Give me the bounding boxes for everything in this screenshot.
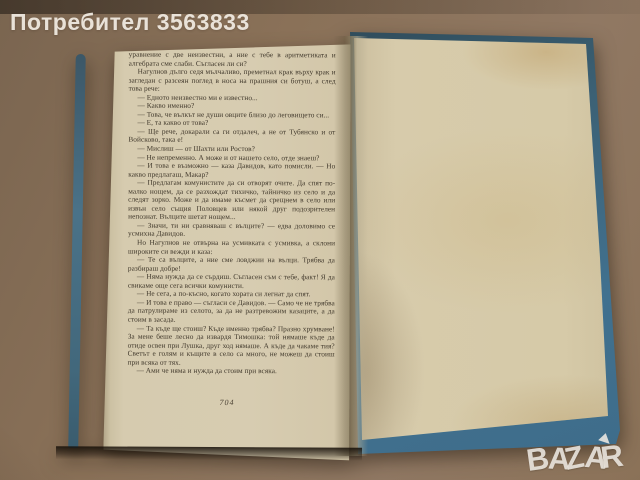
bazar-watermark: BAZAR xyxy=(527,434,640,480)
text-left-page: уравнение с две неизвестни, а ние с тебе… xyxy=(103,42,350,463)
book-paragraph: — Предлагам комунистите да си отворят оч… xyxy=(128,179,335,222)
book-paragraph: — Няма нужда да се сърдиш. Съгласен съм … xyxy=(128,273,335,291)
book-paragraph: уравнение с две неизвестни, а ние с тебе… xyxy=(129,51,336,69)
book-paragraph: Но Нагулнов не отвърна на усмивката с ус… xyxy=(128,239,335,257)
open-book: уравнение с две неизвестни, а ние с тебе… xyxy=(0,0,640,480)
book-paragraph: Нагулнов дълго седя мълчаливо, преметнал… xyxy=(129,68,336,94)
book-page-text: уравнение с две неизвестни, а ние с тебе… xyxy=(127,51,335,400)
bazar-letter: R xyxy=(598,434,623,480)
book-paragraph: — И това е право — съгласи се Давидов. —… xyxy=(128,299,335,325)
blank-right-page xyxy=(346,26,624,458)
book-paragraph: — Ще рече, докарали са ги отдалеч, а не … xyxy=(128,128,335,146)
book-paragraph: — Те са вълците, а ние сме ловджии на въ… xyxy=(128,256,335,274)
book-paragraph: — Ами че няма и нужда да стоим при всяка… xyxy=(128,367,335,376)
book-paragraph: — Та къде ще стоиш? Къде именно трябва? … xyxy=(128,324,335,367)
book-paragraph: — Значи, ти ни сравняваш с вълците? — ед… xyxy=(128,222,335,240)
seller-watermark: Потребител 3563833 xyxy=(10,9,250,36)
page-number: 704 xyxy=(219,398,234,407)
book-cover-left-edge xyxy=(68,54,86,448)
book-spine-gutter xyxy=(334,36,368,456)
book-bottom-shadow xyxy=(56,446,362,461)
listing-photo: уравнение с две неизвестни, а ние с тебе… xyxy=(0,0,640,480)
book-paragraph: — И това е възможно — каза Давидов, като… xyxy=(128,162,335,180)
